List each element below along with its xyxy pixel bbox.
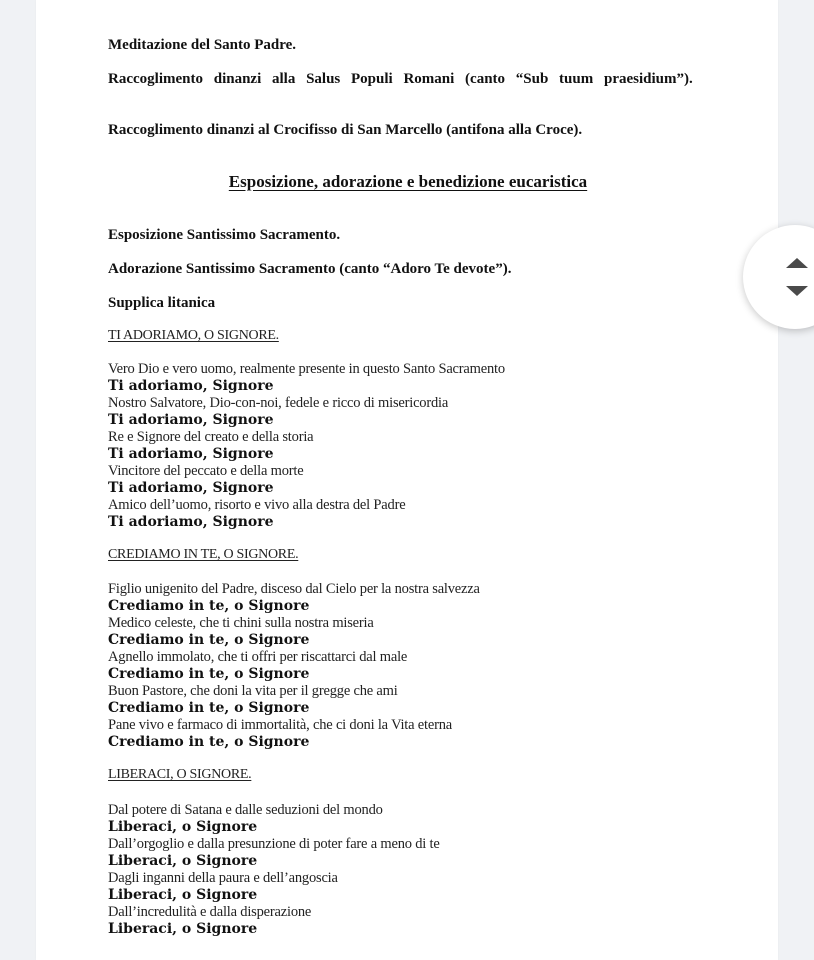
litany-response: Liberaci, o Signore [108,887,440,904]
litany-heading-adoriamo: TI ADORIAMO, O SIGNORE. [108,328,279,344]
litany-response: Liberaci, o Signore [108,853,440,870]
litany-invocation: Nostro Salvatore, Dio-con-noi, fedele e … [108,395,505,412]
litany-invocation: Amico dell’uomo, risorto e vivo alla des… [108,497,505,514]
triangle-up-icon[interactable] [786,258,808,268]
litany-response: Crediamo in te, o Signore [108,632,480,649]
litany-liberaci: Dal potere di Satana e dalle seduzioni d… [108,802,440,938]
litany-adoriamo: Vero Dio e vero uomo, realmente presente… [108,361,505,531]
litany-invocation: Vincitore del peccato e della morte [108,463,505,480]
paragraph-esposizione: Esposizione Santissimo Sacramento. [108,226,340,244]
litany-invocation: Agnello immolato, che ti offri per risca… [108,649,480,666]
litany-response: Crediamo in te, o Signore [108,598,480,615]
litany-response: Ti adoriamo, Signore [108,378,505,395]
litany-invocation: Dal potere di Satana e dalle seduzioni d… [108,802,440,819]
litany-invocation: Medico celeste, che ti chini sulla nostr… [108,615,480,632]
litany-response: Ti adoriamo, Signore [108,514,505,531]
triangle-down-icon[interactable] [786,286,808,296]
paragraph-crocifisso: Raccoglimento dinanzi al Crocifisso di S… [108,121,582,139]
litany-heading-liberaci: LIBERACI, O SIGNORE. [108,767,251,783]
litany-response: Ti adoriamo, Signore [108,412,505,429]
litany-invocation: Dall’orgoglio e dalla presunzione di pot… [108,836,440,853]
litany-response: Crediamo in te, o Signore [108,666,480,683]
litany-response: Liberaci, o Signore [108,921,440,938]
litany-response: Crediamo in te, o Signore [108,734,480,751]
litany-invocation: Vero Dio e vero uomo, realmente presente… [108,361,505,378]
paragraph-supplica: Supplica litanica [108,294,215,312]
document-page: Meditazione del Santo Padre. Raccoglimen… [36,0,778,960]
paragraph-adorazione: Adorazione Santissimo Sacramento (canto … [108,260,511,278]
litany-invocation: Re e Signore del creato e della storia [108,429,505,446]
litany-invocation: Dagli inganni della paura e dell’angosci… [108,870,440,887]
litany-response: Ti adoriamo, Signore [108,480,505,497]
paragraph-salus-populi: Raccoglimento dinanzi alla Salus Populi … [108,70,708,88]
litany-response: Ti adoriamo, Signore [108,446,505,463]
litany-response: Liberaci, o Signore [108,819,440,836]
section-title: Esposizione, adorazione e benedizione eu… [108,172,708,192]
litany-invocation: Buon Pastore, che doni la vita per il gr… [108,683,480,700]
litany-invocation: Figlio unigenito del Padre, disceso dal … [108,581,480,598]
paragraph-meditation: Meditazione del Santo Padre. [108,36,296,54]
litany-invocation: Pane vivo e farmaco di immortalità, che … [108,717,480,734]
litany-heading-crediamo: CREDIAMO IN TE, O SIGNORE. [108,547,298,563]
litany-invocation: Dall’incredulità e dalla disperazione [108,904,440,921]
litany-crediamo: Figlio unigenito del Padre, disceso dal … [108,581,480,751]
litany-response: Crediamo in te, o Signore [108,700,480,717]
